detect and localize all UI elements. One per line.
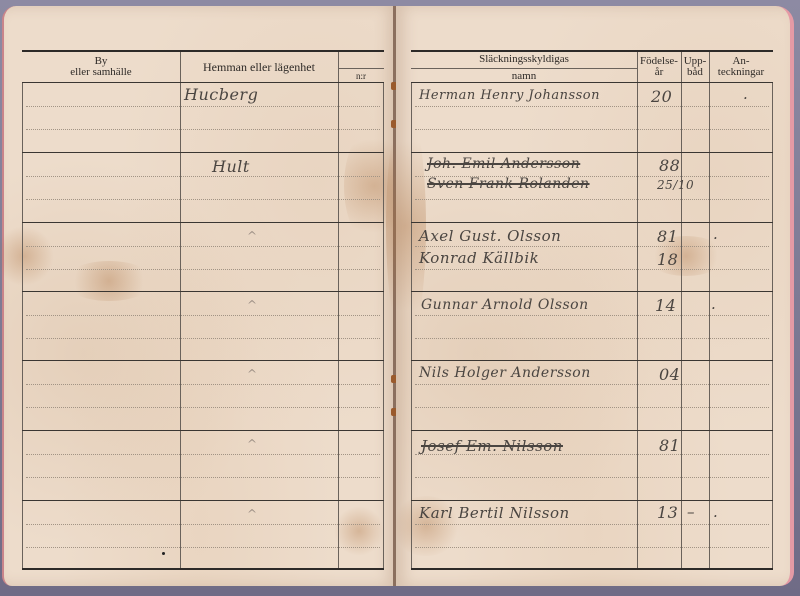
- person-row: Josef Em. Nilsson 81: [411, 430, 773, 500]
- left-row: ^: [22, 222, 384, 292]
- right-table-header: Släckningsskyldigas namn Födelse- år Upp…: [411, 52, 773, 83]
- person-name-struck: Josef Em. Nilsson: [421, 437, 563, 455]
- person-row: Axel Gust. Olsson Konrad Källbik 81 18 .: [411, 222, 773, 292]
- birth-year: 81: [659, 436, 680, 455]
- left-row: ^: [22, 291, 384, 361]
- person-name: Herman Henry Johansson: [419, 88, 600, 103]
- birth-year: 04: [659, 365, 680, 384]
- birth-year: 88: [659, 156, 680, 175]
- person-row: Gunnar Arnold Olsson 14 .: [411, 291, 773, 361]
- birth-year: 14: [655, 296, 676, 315]
- left-page: By eller samhälle Hemman eller lägenhet …: [2, 6, 396, 586]
- left-row: ^: [22, 500, 384, 570]
- left-table-body: Hucberg Hult ^ ^ ^: [22, 82, 384, 570]
- header-namn: Släckningsskyldigas namn: [411, 52, 637, 82]
- header-nr-label: n:r: [356, 71, 366, 82]
- annotation-mark: .: [711, 295, 716, 313]
- left-row: ^: [22, 360, 384, 430]
- header-hemman: Hemman eller lägenhet: [180, 52, 338, 82]
- open-record-book: By eller samhälle Hemman eller lägenhet …: [0, 0, 800, 596]
- ditto-mark: ^: [247, 298, 258, 312]
- header-nr: n:r: [338, 52, 384, 82]
- header-anteckningar: An- teckningar: [709, 52, 773, 82]
- person-row: Herman Henry Johansson 20 .: [411, 82, 773, 152]
- header-namn-line2: namn: [411, 68, 637, 83]
- person-row: Joh. Emil Andersson Sven Frank Rolanden …: [411, 152, 773, 222]
- ditto-mark: ^: [247, 507, 258, 521]
- ditto-mark: ^: [247, 437, 258, 451]
- left-row: Hucberg: [22, 82, 384, 152]
- hemman-value: Hucberg: [184, 85, 258, 104]
- birth-year: 18: [657, 250, 678, 269]
- header-fodelsear-line2: år: [655, 67, 664, 78]
- header-by: By eller samhälle: [22, 52, 180, 82]
- person-name: Axel Gust. Olsson: [419, 227, 561, 245]
- header-hemman-label: Hemman eller lägenhet: [203, 62, 315, 73]
- ditto-mark: ^: [247, 229, 258, 243]
- ink-dot: [162, 552, 165, 555]
- header-fodelsear: Födelse- år: [637, 52, 681, 82]
- person-row: Karl Bertil Nilsson 13 – .: [411, 500, 773, 570]
- right-page: Släckningsskyldigas namn Födelse- år Upp…: [396, 6, 794, 586]
- annotation-mark: .: [713, 503, 718, 521]
- birth-date: 25/10: [657, 178, 694, 192]
- header-uppbad-line2: båd: [687, 67, 703, 78]
- header-by-line2: eller samhälle: [70, 67, 131, 78]
- person-row: Nils Holger Andersson 04: [411, 360, 773, 430]
- person-name-struck: Sven Frank Rolanden: [427, 176, 590, 192]
- hemman-value: Hult: [212, 157, 250, 176]
- annotation-mark: .: [743, 85, 748, 103]
- left-table: By eller samhälle Hemman eller lägenhet …: [22, 50, 384, 570]
- header-uppbad: Upp- båd: [681, 52, 709, 82]
- birth-year: 81: [657, 227, 678, 246]
- right-table: Släckningsskyldigas namn Födelse- år Upp…: [411, 50, 773, 570]
- birth-year: 13: [657, 503, 678, 522]
- header-namn-line1: Släckningsskyldigas: [479, 52, 569, 67]
- person-name: Karl Bertil Nilsson: [419, 504, 570, 522]
- person-name: Konrad Källbik: [419, 249, 539, 267]
- birth-year: 20: [651, 87, 672, 106]
- left-row: ^: [22, 430, 384, 500]
- person-name: Nils Holger Andersson: [419, 365, 591, 381]
- left-row: Hult: [22, 152, 384, 222]
- person-name: Gunnar Arnold Olsson: [421, 297, 589, 313]
- person-name-struck: Joh. Emil Andersson: [427, 156, 580, 172]
- annotation-mark: .: [713, 225, 718, 243]
- left-table-header: By eller samhälle Hemman eller lägenhet …: [22, 52, 384, 83]
- right-table-body: Herman Henry Johansson 20 . Joh. Emil An…: [411, 82, 773, 570]
- ditto-mark: ^: [247, 367, 258, 381]
- uppbad-mark: –: [687, 503, 695, 521]
- header-anteckningar-line2: teckningar: [718, 67, 764, 78]
